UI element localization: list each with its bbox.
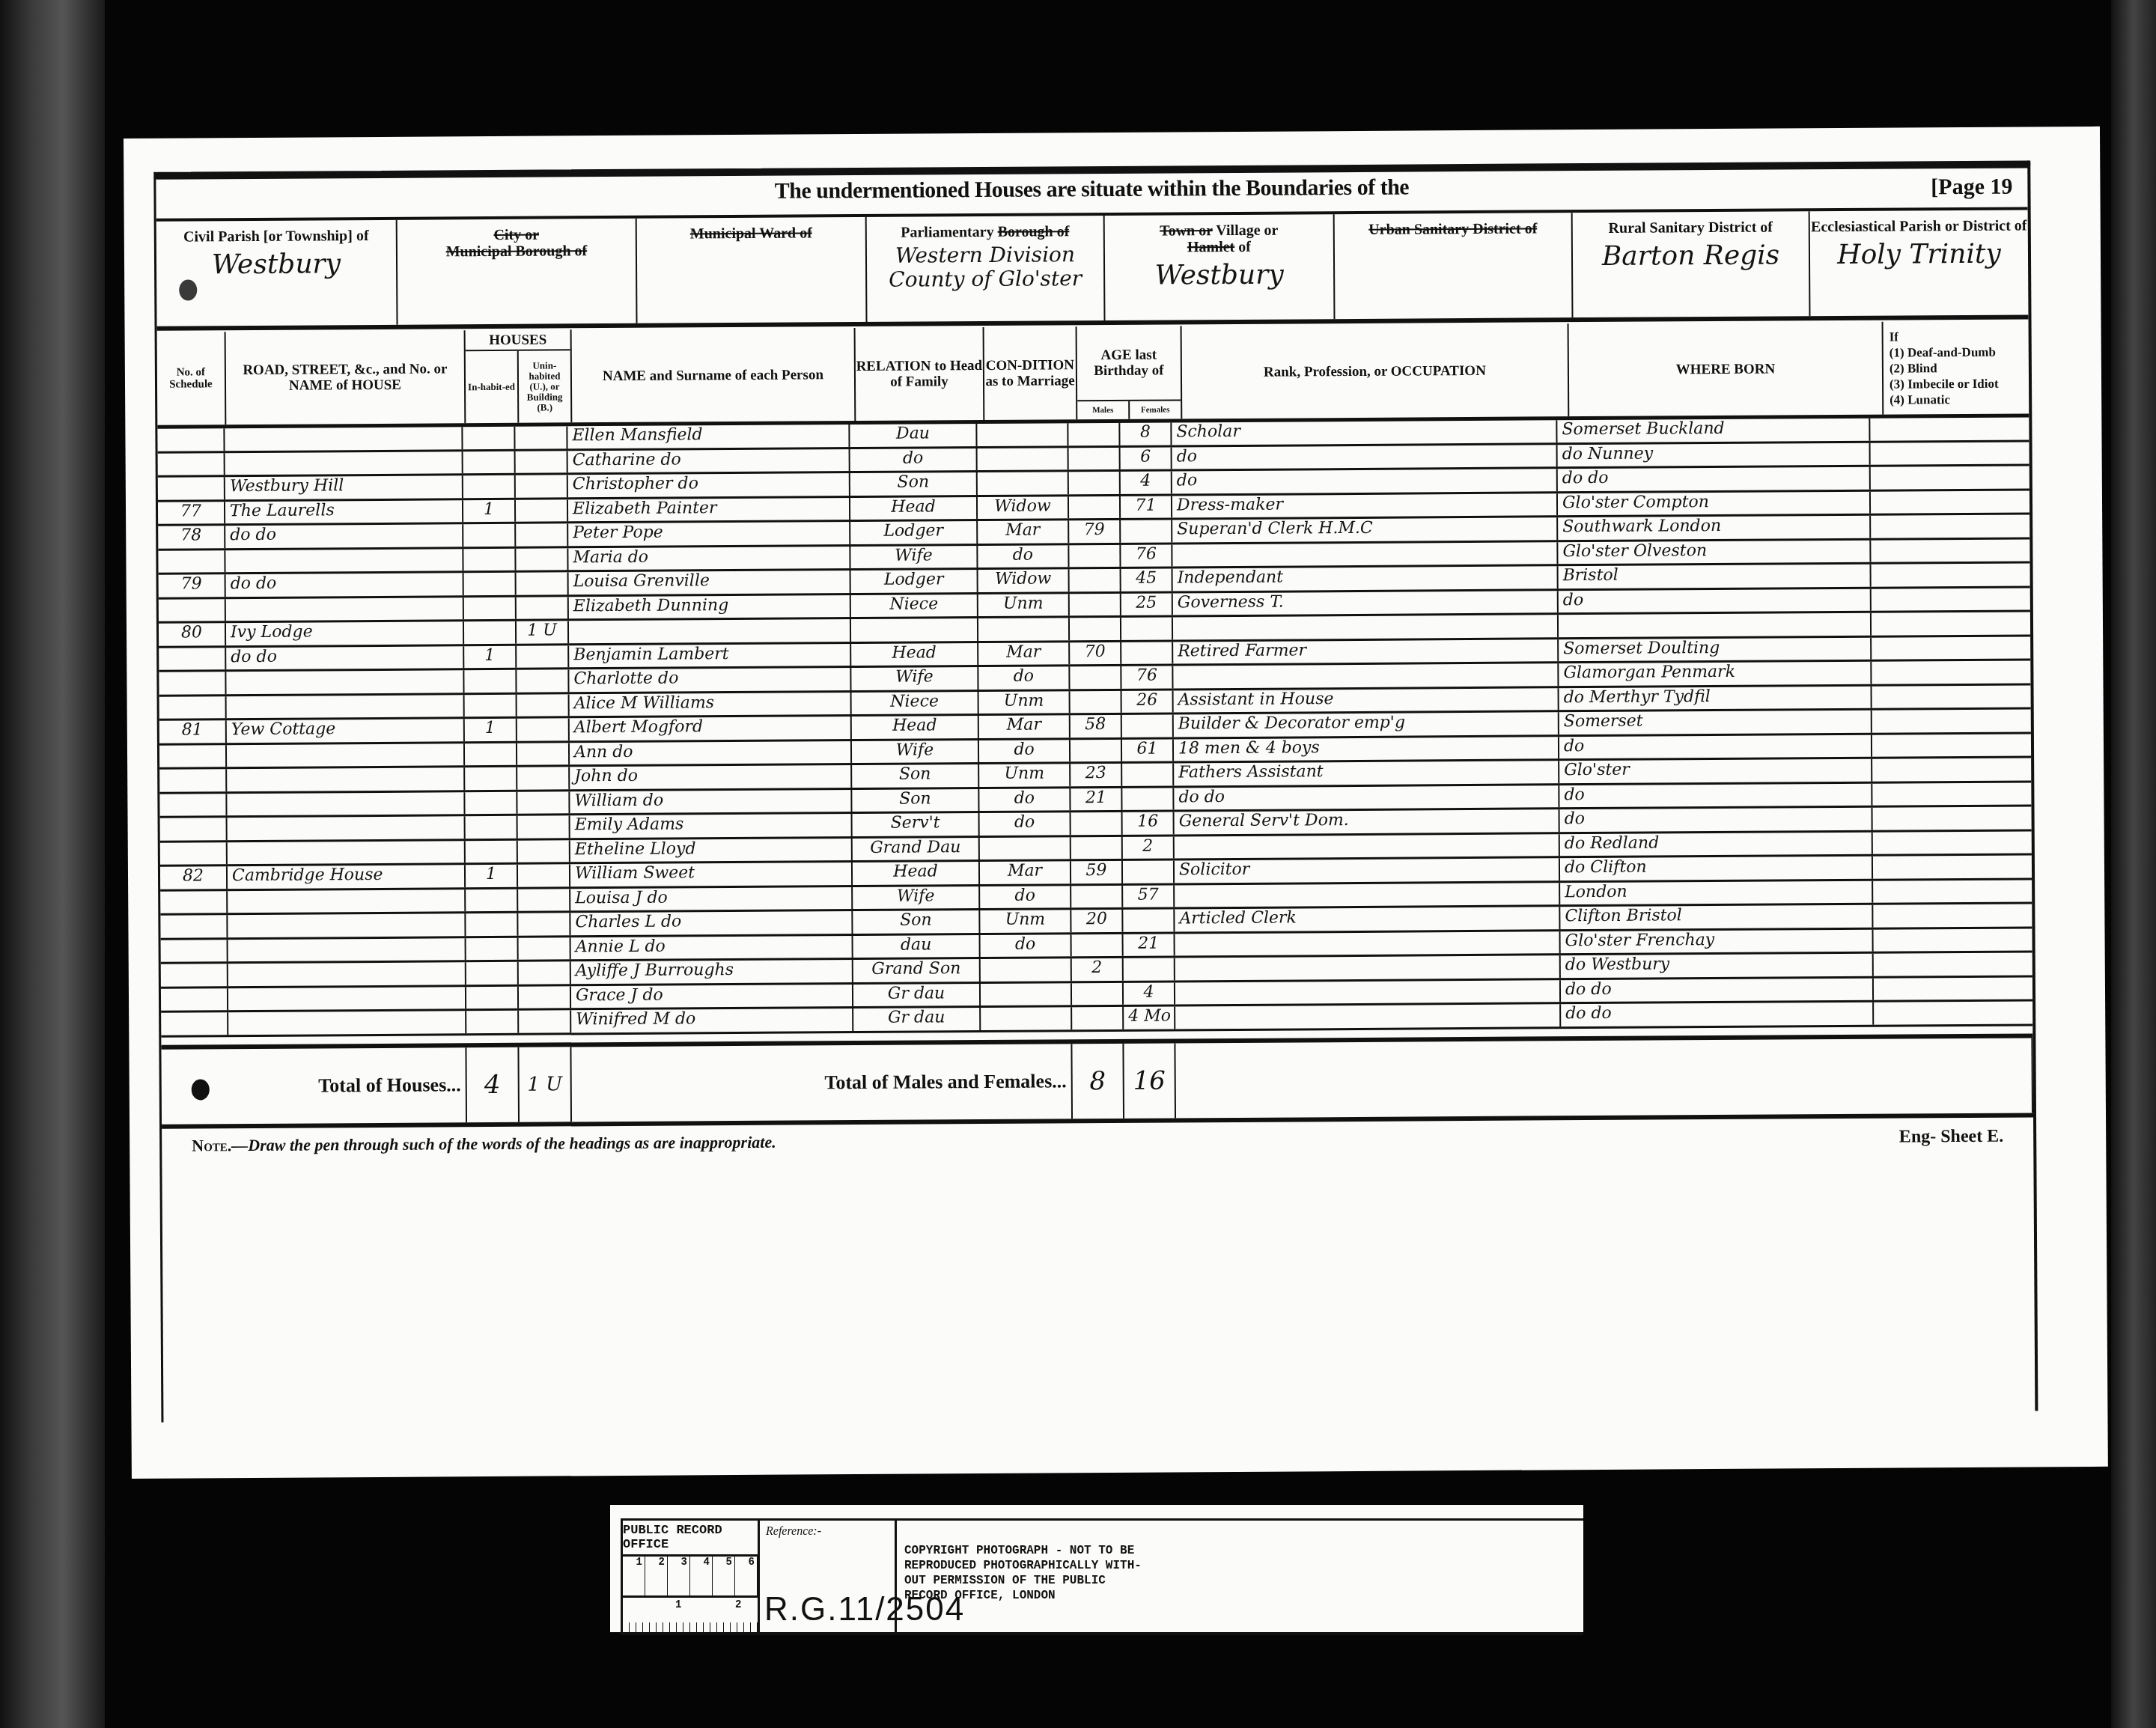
ink-blot (192, 1079, 210, 1100)
females-age-cell (1121, 617, 1173, 639)
infirmity-cell (1873, 831, 2032, 854)
uninhabited-cell (519, 1010, 571, 1032)
col-houses: HOUSES In-habit-ed Unin-habited (U.), or… (466, 329, 573, 423)
infirmity-cell (1871, 490, 2029, 514)
inhabited-cell (464, 621, 517, 644)
uninhabited-cell (516, 499, 568, 522)
schedule-cell (161, 1012, 228, 1035)
name-cell: Charles L do (570, 911, 853, 935)
infirmity-cell (1873, 928, 2032, 952)
males-age-cell (1070, 593, 1121, 615)
condition-cell: do (980, 886, 1071, 908)
schedule-cell (160, 915, 228, 937)
infirmity-cell (1872, 612, 2030, 635)
schedule-cell (159, 794, 227, 816)
infirmity-cell (1871, 539, 2029, 562)
uninhabited-cell (518, 913, 570, 935)
road-cell (225, 451, 463, 475)
relation-cell (851, 618, 978, 642)
total-males: 8 (1072, 1044, 1124, 1119)
females-age-cell (1121, 642, 1173, 664)
name-cell: Ellen Mansfield (567, 425, 850, 448)
name-cell: Etheline Lloyd (570, 839, 853, 863)
col-age: AGE last Birthday of Males Females (1077, 326, 1183, 419)
relation-cell: dau (853, 935, 981, 958)
admin-municipal-ward: Municipal Ward of (637, 217, 868, 323)
record-office-stamp: PUBLIC RECORD OFFICE 1 2 3 4 5 6 1 2 Ref… (610, 1505, 1583, 1632)
uninhabited-cell (518, 815, 570, 838)
total-uninhabited: 1 U (519, 1047, 572, 1122)
inhabited-cell (463, 475, 516, 498)
where-born-cell: do Westbury (1561, 954, 1874, 978)
females-age-cell: 45 (1121, 568, 1173, 591)
relation-cell: Son (853, 910, 980, 934)
uninhabited-cell (515, 426, 567, 448)
name-cell (569, 619, 851, 643)
instruction-note: Note.—Draw the pen through such of the w… (192, 1133, 776, 1156)
road-cell (226, 670, 464, 693)
males-age-cell (1072, 934, 1124, 956)
infirmity-cell (1874, 952, 2032, 976)
condition-cell (978, 618, 1070, 640)
condition-cell: do (979, 740, 1071, 762)
admin-town-village: Town or Village orHamlet of Westbury (1105, 214, 1336, 320)
occupation-cell: do (1172, 445, 1558, 469)
relation-cell: Niece (852, 692, 979, 715)
relation-cell: Niece (851, 594, 978, 618)
uninhabited-cell (518, 840, 570, 863)
infirmity-cell (1871, 466, 2029, 489)
uninhabited-cell (517, 572, 569, 594)
infirmity-cell (1872, 782, 2031, 806)
col-inhabited: In-habit-ed (466, 351, 520, 423)
condition-cell: Mar (980, 861, 1071, 883)
uninhabited-cell (517, 791, 570, 814)
where-born-cell: Glamorgan Penmark (1559, 662, 1872, 686)
where-born-cell: do (1560, 808, 1873, 832)
females-age-cell: 2 (1123, 836, 1175, 859)
males-age-cell: 23 (1071, 764, 1122, 786)
where-born-cell: Glo'ster Frenchay (1561, 929, 1874, 953)
col-condition: CON-DITION as to Marriage (984, 326, 1078, 420)
road-cell (228, 816, 466, 839)
road-cell (226, 597, 464, 621)
occupation-cell: General Serv't Dom. (1175, 809, 1560, 834)
schedule-cell (161, 964, 228, 986)
road-cell (227, 743, 465, 767)
where-born-cell: do do (1558, 467, 1871, 491)
pro-label: PUBLIC RECORD OFFICE (623, 1521, 758, 1557)
females-age-cell: 4 Mo (1124, 1006, 1175, 1029)
males-age-cell (1072, 982, 1124, 1005)
occupation-cell: Fathers Assistant (1174, 761, 1559, 785)
relation-cell: Son (852, 789, 979, 812)
where-born-cell: do (1559, 783, 1872, 807)
total-inhabited: 4 (466, 1047, 520, 1122)
females-age-cell: 71 (1121, 496, 1172, 518)
road-cell: do do (225, 524, 463, 547)
occupation-cell (1175, 1004, 1561, 1029)
condition-cell: Mar (979, 715, 1071, 737)
village-value: Westbury (1105, 261, 1333, 290)
where-born-cell: Glo'ster Compton (1558, 491, 1871, 515)
females-age-cell: 76 (1121, 666, 1173, 688)
pro-scale-box: PUBLIC RECORD OFFICE 1 2 3 4 5 6 1 2 (623, 1521, 760, 1633)
condition-cell: Widow (978, 496, 1069, 519)
inhabited-cell (463, 451, 516, 473)
inhabited-cell (465, 694, 517, 717)
females-age-cell: 61 (1122, 739, 1174, 761)
condition-cell: Unm (978, 594, 1070, 616)
schedule-cell (159, 599, 226, 621)
col-schedule: No. of Schedule (157, 332, 227, 425)
schedule-cell: 81 (159, 720, 227, 743)
inhabited-cell (466, 889, 518, 911)
road-cell (225, 427, 463, 450)
occupation-cell (1175, 883, 1560, 907)
inhabited-cell (464, 573, 517, 595)
females-age-cell: 21 (1124, 934, 1175, 956)
condition-cell (981, 983, 1072, 1006)
col-road: ROAD, STREET, &c., and No. or NAME of HO… (226, 330, 466, 425)
scale-top: 1 2 3 4 5 6 (623, 1557, 758, 1598)
schedule-cell (160, 891, 228, 913)
road-cell: Cambridge House (228, 865, 466, 888)
admin-municipal-borough: City orMunicipal Borough of (398, 219, 638, 325)
inhabited-cell (466, 840, 518, 863)
uninhabited-cell (519, 986, 571, 1008)
uninhabited-cell (517, 645, 569, 668)
relation-cell: Wife (853, 886, 980, 910)
schedule-cell (159, 648, 226, 670)
census-form: The undermentioned Houses are situate wi… (153, 160, 2038, 1422)
road-cell: Ivy Lodge (226, 621, 464, 645)
where-born-cell: Somerset (1559, 711, 1872, 734)
name-cell: William do (570, 790, 852, 814)
road-cell (227, 767, 465, 791)
admin-civil-parish: Civil Parish [or Township] of Westbury (156, 220, 398, 326)
condition-cell: do (978, 545, 1069, 568)
males-age-cell: 58 (1071, 715, 1122, 737)
census-page: The undermentioned Houses are situate wi… (124, 127, 2108, 1479)
relation-cell: Gr dau (853, 1008, 981, 1031)
occupation-cell (1173, 615, 1559, 639)
where-born-cell: Southwark London (1558, 516, 1871, 540)
inhabited-cell (465, 791, 517, 814)
where-born-cell: do Clifton (1560, 857, 1873, 880)
females-age-cell: 6 (1121, 447, 1172, 469)
copyright-notice: COPYRIGHT PHOTOGRAPH - NOT TO BE REPRODU… (897, 1521, 1583, 1633)
where-born-cell: do Nunney (1558, 442, 1871, 466)
females-age-cell (1121, 520, 1172, 542)
condition-cell (981, 1007, 1072, 1029)
infirmity-cell (1874, 977, 2032, 1000)
relation-cell: Son (850, 472, 978, 496)
uninhabited-cell: 1 U (517, 621, 569, 643)
admin-rural-sanitary: Rural Sanitary District of Barton Regis (1573, 211, 1811, 317)
admin-areas: Civil Parish [or Township] of Westbury C… (156, 207, 2029, 330)
females-age-cell (1124, 958, 1175, 980)
film-edge-right (2111, 0, 2156, 1728)
females-age-cell (1123, 909, 1175, 931)
inhabited-cell (465, 767, 517, 790)
condition-cell: do (979, 788, 1071, 811)
females-age-cell: 25 (1121, 593, 1173, 615)
females-age-cell: 4 (1124, 982, 1175, 1005)
condition-cell: Mar (978, 520, 1069, 543)
occupation-cell: Builder & Decorator emp'g (1174, 712, 1559, 737)
infirmity-cell (1871, 514, 2029, 538)
inhabited-cell (463, 427, 515, 449)
road-cell (228, 1011, 466, 1034)
condition-cell (977, 423, 1068, 445)
name-cell: Charlotte do (569, 668, 851, 692)
road-cell (228, 938, 466, 961)
schedule-cell: 79 (159, 574, 226, 597)
inhabited-cell (465, 743, 517, 765)
road-cell: The Laurells (225, 500, 463, 523)
schedule-cell (159, 672, 226, 694)
schedule-cell: 78 (158, 526, 225, 548)
road-cell (228, 962, 466, 985)
relation-cell: Head (850, 497, 978, 520)
occupation-cell (1175, 834, 1560, 859)
name-cell: Maria do (568, 547, 850, 571)
males-age-cell (1069, 544, 1121, 567)
uninhabited-cell (519, 961, 571, 984)
relation-cell: Wife (851, 667, 978, 690)
males-age-cell (1068, 423, 1120, 445)
inhabited-cell (466, 913, 518, 936)
where-born-cell: Somerset Doulting (1559, 637, 1872, 661)
infirmity-cell (1870, 417, 2029, 440)
infirmity-cell (1874, 1001, 2032, 1024)
condition-cell: do (980, 812, 1071, 835)
schedule-cell: 82 (160, 866, 228, 889)
males-age-cell (1070, 618, 1121, 640)
schedule-cell: 77 (158, 502, 225, 524)
relation-cell: Lodger (850, 521, 978, 544)
relation-cell: Head (852, 716, 979, 739)
where-born-cell: do do (1561, 978, 1874, 1002)
occupation-cell: do do (1174, 785, 1559, 810)
relation-cell: Head (853, 862, 980, 885)
uninhabited-cell (516, 548, 568, 571)
infirmity-cell (1872, 563, 2030, 586)
inhabited-cell (466, 1011, 519, 1033)
inhabited-cell (466, 962, 519, 985)
totals-row: Total of Houses... 4 1 U Total of Males … (161, 1033, 2033, 1128)
name-cell: Peter Pope (568, 522, 850, 546)
males-age-cell: 59 (1071, 861, 1123, 883)
condition-cell (978, 472, 1069, 494)
males-age-cell: 20 (1071, 910, 1123, 932)
females-age-cell: 57 (1123, 885, 1175, 907)
males-age-cell: 70 (1070, 642, 1121, 664)
civil-parish-value: Westbury (156, 250, 396, 280)
relation-cell: Wife (850, 546, 978, 569)
occupation-cell: Retired Farmer (1173, 639, 1559, 664)
relation-cell: Grand Son (853, 959, 981, 982)
inhabited-cell (466, 816, 518, 839)
name-cell: Ayliffe J Burroughs (571, 960, 853, 984)
scale-ruler: 1 2 (623, 1598, 758, 1633)
where-born-cell (1559, 613, 1872, 637)
infirmity-cell (1873, 855, 2032, 878)
infirmity-cell (1872, 636, 2030, 660)
infirmity-cell (1872, 660, 2030, 684)
uninhabited-cell (518, 889, 570, 911)
females-age-cell (1122, 788, 1174, 810)
inhabited-cell (464, 597, 517, 619)
infirmity-cell (1872, 758, 2031, 781)
col-name: NAME and Surname of each Person (572, 328, 856, 422)
occupation-cell: Scholar (1172, 420, 1557, 445)
name-cell: John do (570, 765, 852, 789)
parliamentary-value: Western Division County of Glo'ster (867, 243, 1103, 292)
uninhabited-cell (517, 694, 570, 717)
uninhabited-cell (517, 767, 570, 789)
total-persons-label: Total of Males and Females... (571, 1044, 1073, 1122)
admin-ecclesiastical: Ecclesiastical Parish or District of Hol… (1810, 210, 2029, 316)
occupation-cell: Independant (1173, 566, 1559, 591)
where-born-cell: do do (1561, 1003, 1874, 1026)
schedule-cell (160, 818, 228, 840)
occupation-cell (1175, 955, 1561, 980)
name-cell: Benjamin Lambert (569, 644, 851, 668)
females-age-cell: 76 (1121, 544, 1172, 567)
inhabited-cell (464, 670, 517, 693)
road-cell: do do (226, 573, 464, 596)
schedule-cell (159, 745, 227, 767)
occupation-cell (1172, 542, 1558, 567)
where-born-cell: Glo'ster Olveston (1558, 540, 1871, 564)
condition-cell: do (978, 666, 1070, 689)
name-cell: Catharine do (568, 449, 850, 473)
uninhabited-cell (516, 475, 568, 497)
males-age-cell (1069, 447, 1121, 469)
col-occupation: Rank, Profession, or OCCUPATION (1182, 323, 1570, 419)
condition-cell: Widow (978, 569, 1070, 591)
occupation-cell (1175, 931, 1561, 956)
relation-cell: Wife (852, 740, 979, 764)
name-cell: Louisa J do (570, 887, 853, 911)
uninhabited-cell (519, 937, 571, 960)
relation-cell: Dau (850, 424, 977, 447)
col-relation: RELATION to Head of Family (856, 327, 985, 421)
inhabited-cell (466, 986, 519, 1008)
inhabited-cell (463, 524, 516, 547)
males-age-cell (1071, 885, 1123, 907)
name-cell: Christopher do (568, 473, 850, 497)
road-cell: Westbury Hill (225, 475, 463, 499)
females-age-cell: 16 (1123, 812, 1175, 834)
ecclesiastical-value: Holy Trinity (1810, 240, 2028, 270)
road-cell (228, 841, 466, 864)
relation-cell: Serv't (853, 813, 980, 836)
name-cell: Grace J do (571, 985, 853, 1008)
road-cell (228, 987, 466, 1010)
reference-box: Reference:- R.G.11/2504 (760, 1521, 897, 1633)
where-born-cell: London (1560, 880, 1873, 904)
condition-cell: do (981, 934, 1072, 957)
where-born-cell: do Merthyr Tydfil (1559, 686, 1872, 710)
table-header: No. of Schedule ROAD, STREET, &c., and N… (157, 320, 2029, 428)
occupation-cell: Dress-maker (1172, 493, 1558, 518)
females-age-cell: 4 (1121, 471, 1172, 493)
col-where-born: WHERE BORN (1569, 322, 1884, 417)
col-females: Females (1130, 401, 1181, 419)
males-age-cell: 21 (1071, 788, 1122, 810)
infirmity-cell (1872, 685, 2031, 708)
admin-parliamentary: Parliamentary Borough of Western Divisio… (867, 216, 1106, 322)
occupation-cell: Solicitor (1175, 858, 1560, 883)
name-cell: Albert Mogford (570, 717, 852, 740)
males-age-cell: 79 (1069, 520, 1121, 543)
condition-cell: Mar (978, 642, 1070, 665)
ink-blot (179, 279, 197, 300)
males-age-cell (1070, 569, 1121, 591)
occupation-cell: Assistant in House (1174, 688, 1559, 713)
road-cell (225, 549, 463, 572)
schedule-cell (159, 769, 227, 791)
sheet-id: Eng- Sheet E. (1899, 1127, 2004, 1148)
infirmity-cell (1872, 709, 2031, 732)
where-born-cell: do Redland (1560, 832, 1873, 856)
occupation-cell: Articled Clerk (1175, 907, 1560, 931)
schedule-cell (160, 842, 228, 865)
road-cell (227, 792, 465, 815)
inhabited-cell: 1 (466, 865, 518, 887)
uninhabited-cell (518, 864, 570, 886)
where-born-cell: Clifton Bristol (1560, 905, 1873, 929)
schedule-cell (158, 477, 225, 499)
males-age-cell (1071, 812, 1123, 835)
infirmity-cell (1871, 442, 2029, 465)
where-born-cell: do (1559, 588, 1872, 612)
page-number: [Page 19 (1931, 174, 2012, 201)
schedule-cell (157, 428, 225, 451)
males-age-cell (1069, 496, 1121, 518)
uninhabited-cell (516, 451, 568, 473)
inhabited-cell (466, 937, 519, 960)
relation-cell: Gr dau (853, 984, 981, 1007)
inhabited-cell (463, 548, 516, 571)
admin-urban-sanitary: Urban Sanitary District of (1335, 213, 1574, 319)
census-rows: Ellen MansfieldDau8ScholarSomerset Buckl… (157, 417, 2032, 1037)
road-cell: do do (226, 646, 464, 669)
schedule-cell (158, 453, 225, 475)
females-age-cell: 8 (1120, 422, 1172, 445)
name-cell: Winifred M do (571, 1008, 853, 1032)
uninhabited-cell (516, 523, 568, 546)
females-age-cell: 26 (1122, 690, 1174, 713)
infirmity-cell (1873, 880, 2032, 903)
schedule-cell: 80 (159, 623, 226, 645)
reference-number: R.G.11/2504 (764, 1591, 965, 1628)
condition-cell: Unm (979, 764, 1071, 786)
males-age-cell (1071, 739, 1122, 761)
schedule-cell (161, 940, 228, 962)
col-infirmity: If (1) Deaf-and-Dumb (2) Blind (3) Imbec… (1884, 320, 2029, 414)
occupation-cell: Governess T. (1173, 591, 1559, 615)
condition-cell: Unm (980, 910, 1071, 932)
name-cell: Louisa Grenville (569, 571, 851, 594)
uninhabited-cell (517, 743, 570, 765)
occupation-cell: Superan'd Clerk H.M.C (1172, 517, 1558, 542)
road-cell: Yew Cottage (227, 719, 465, 742)
males-age-cell (1072, 1007, 1124, 1029)
